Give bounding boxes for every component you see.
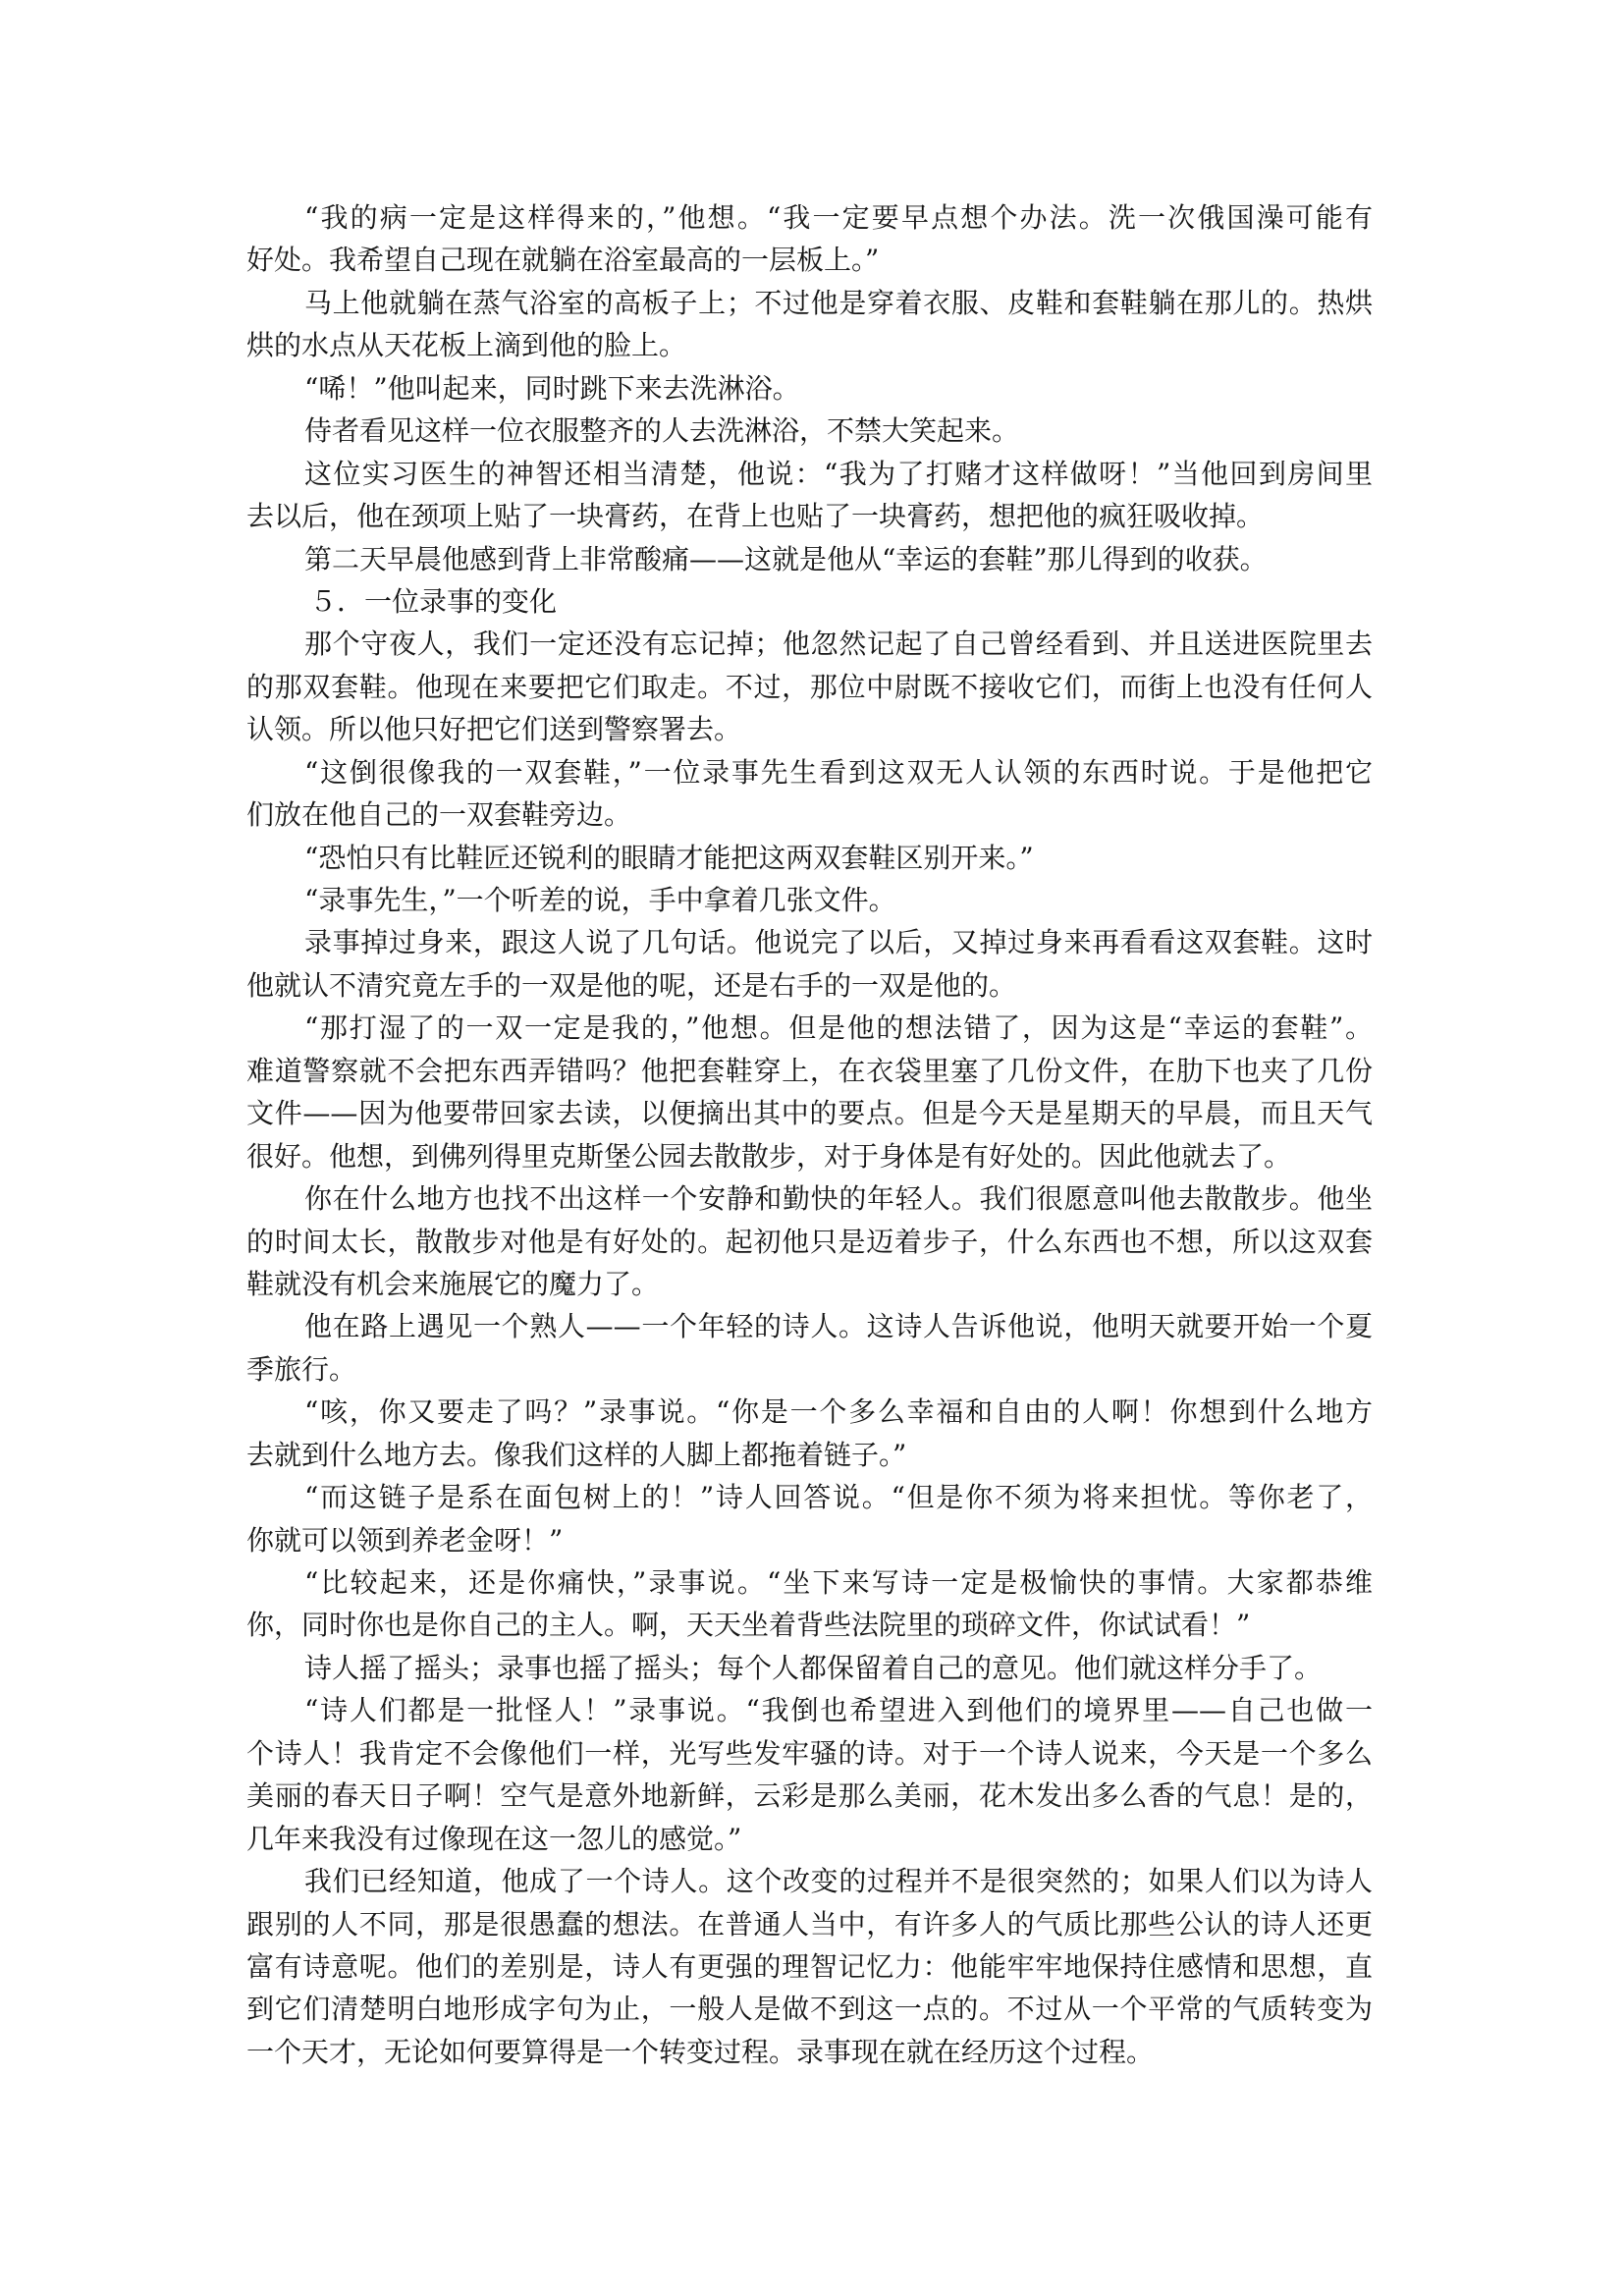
text-line: 第二天早晨他感到背上非常酸痛——这就是他从“幸运的套鞋”那儿得到的收获。	[246, 538, 1373, 580]
text-line: 诗人摇了摇头；录事也摇了摇头；每个人都保留着自己的意见。他们就这样分手了。	[246, 1647, 1373, 1689]
paragraph: “而这链子是系在面包树上的！”诗人回答说。“但是你不须为将来担忧。等你老了， 你…	[246, 1476, 1373, 1561]
section-heading-text: ５．一位录事的变化	[246, 580, 1373, 623]
text-line: “唏！”他叫起来，同时跳下来去洗淋浴。	[246, 367, 1373, 410]
body-text: “我的病一定是这样得来的，”他想。“我一定要早点想个办法。洗一次俄国澡可能有 好…	[246, 196, 1373, 2073]
text-line: 到它们清楚明白地形成字句为止，一般人是做不到这一点的。不过从一个平常的气质转变为	[246, 1988, 1373, 2030]
text-line: 他在路上遇见一个熟人——一个年轻的诗人。这诗人告诉他说，他明天就要开始一个夏	[246, 1305, 1373, 1347]
paragraph: “我的病一定是这样得来的，”他想。“我一定要早点想个办法。洗一次俄国澡可能有 好…	[246, 196, 1373, 282]
text-line: “咳，你又要走了吗？”录事说。“你是一个多么幸福和自由的人啊！你想到什么地方	[246, 1391, 1373, 1433]
text-line: 去就到什么地方去。像我们这样的人脚上都拖着链子。”	[246, 1434, 1373, 1476]
paragraph: “这倒很像我的一双套鞋，”一位录事先生看到这双无人认领的东西时说。于是他把它 们…	[246, 751, 1373, 837]
text-line: 认领。所以他只好把它们送到警察署去。	[246, 708, 1373, 750]
paragraph: 侍者看见这样一位衣服整齐的人去洗淋浴，不禁大笑起来。	[246, 410, 1373, 452]
paragraph: “那打湿了的一双一定是我的，”他想。但是他的想法错了，因为这是“幸运的套鞋”。 …	[246, 1007, 1373, 1177]
text-line: 很好。他想，到佛列得里克斯堡公园去散散步，对于身体是有好处的。因此他就去了。	[246, 1135, 1373, 1177]
paragraph: 那个守夜人，我们一定还没有忘记掉；他忽然记起了自己曾经看到、并且送进医院里去 的…	[246, 623, 1373, 750]
text-line: 烘的水点从天花板上滴到他的脸上。	[246, 324, 1373, 366]
text-line: 跟别的人不同，那是很愚蠢的想法。在普通人当中，有许多人的气质比那些公认的诗人还更	[246, 1903, 1373, 1945]
text-line: 录事掉过身来，跟这人说了几句话。他说完了以后，又掉过身来再看看这双套鞋。这时	[246, 921, 1373, 963]
text-line: “而这链子是系在面包树上的！”诗人回答说。“但是你不须为将来担忧。等你老了，	[246, 1476, 1373, 1518]
text-line: “恐怕只有比鞋匠还锐利的眼睛才能把这两双套鞋区别开来。”	[246, 837, 1373, 879]
text-line: 一个天才，无论如何要算得是一个转变过程。录事现在就在经历这个过程。	[246, 2031, 1373, 2073]
text-line: 他就认不清究竟左手的一双是他的呢，还是右手的一双是他的。	[246, 964, 1373, 1007]
text-line: 你在什么地方也找不出这样一个安静和勤快的年轻人。我们很愿意叫他去散散步。他坐	[246, 1177, 1373, 1220]
text-line: 好处。我希望自己现在就躺在浴室最高的一层板上。”	[246, 239, 1373, 281]
paragraph: 诗人摇了摇头；录事也摇了摇头；每个人都保留着自己的意见。他们就这样分手了。	[246, 1647, 1373, 1689]
text-line: 马上他就躺在蒸气浴室的高板子上；不过他是穿着衣服、皮鞋和套鞋躺在那儿的。热烘	[246, 282, 1373, 324]
paragraph: “唏！”他叫起来，同时跳下来去洗淋浴。	[246, 367, 1373, 410]
paragraph: “比较起来，还是你痛快，”录事说。“坐下来写诗一定是极愉快的事情。大家都恭维 你…	[246, 1561, 1373, 1647]
text-line: 的那双套鞋。他现在来要把它们取走。不过，那位中尉既不接收它们，而街上也没有任何人	[246, 666, 1373, 708]
paragraph: “恐怕只有比鞋匠还锐利的眼睛才能把这两双套鞋区别开来。”	[246, 837, 1373, 879]
text-line: “我的病一定是这样得来的，”他想。“我一定要早点想个办法。洗一次俄国澡可能有	[246, 196, 1373, 239]
paragraph: 你在什么地方也找不出这样一个安静和勤快的年轻人。我们很愿意叫他去散散步。他坐 的…	[246, 1177, 1373, 1305]
text-line: 你，同时你也是你自己的主人。啊，天天坐着背些法院里的琐碎文件，你试试看！”	[246, 1604, 1373, 1646]
document-page: “我的病一定是这样得来的，”他想。“我一定要早点想个办法。洗一次俄国澡可能有 好…	[0, 0, 1623, 2296]
text-line: 季旅行。	[246, 1348, 1373, 1391]
paragraph: “诗人们都是一批怪人！”录事说。“我倒也希望进入到他们的境界里——自己也做一 个…	[246, 1689, 1373, 1860]
text-line: 难道警察就不会把东西弄错吗？他把套鞋穿上，在衣袋里塞了几份文件，在肋下也夹了几份	[246, 1050, 1373, 1092]
text-line: “这倒很像我的一双套鞋，”一位录事先生看到这双无人认领的东西时说。于是他把它	[246, 751, 1373, 793]
text-line: 们放在他自己的一双套鞋旁边。	[246, 793, 1373, 836]
text-line: 几年来我没有过像现在这一忽儿的感觉。”	[246, 1818, 1373, 1860]
paragraph: 马上他就躺在蒸气浴室的高板子上；不过他是穿着衣服、皮鞋和套鞋躺在那儿的。热烘 烘…	[246, 282, 1373, 367]
paragraph: 他在路上遇见一个熟人——一个年轻的诗人。这诗人告诉他说，他明天就要开始一个夏 季…	[246, 1305, 1373, 1391]
text-line: 那个守夜人，我们一定还没有忘记掉；他忽然记起了自己曾经看到、并且送进医院里去	[246, 623, 1373, 665]
text-line: 美丽的春天日子啊！空气是意外地新鲜，云彩是那么美丽，花木发出多么香的气息！是的，	[246, 1775, 1373, 1817]
text-line: 我们已经知道，他成了一个诗人。这个改变的过程并不是很突然的；如果人们以为诗人	[246, 1860, 1373, 1902]
text-line: “录事先生，”一个听差的说，手中拿着几张文件。	[246, 879, 1373, 921]
paragraph: “咳，你又要走了吗？”录事说。“你是一个多么幸福和自由的人啊！你想到什么地方 去…	[246, 1391, 1373, 1476]
text-line: 侍者看见这样一位衣服整齐的人去洗淋浴，不禁大笑起来。	[246, 410, 1373, 452]
text-line: 个诗人！我肯定不会像他们一样，光写些发牢骚的诗。对于一个诗人说来，今天是一个多么	[246, 1732, 1373, 1775]
text-line: 文件——因为他要带回家去读，以便摘出其中的要点。但是今天是星期天的早晨，而且天气	[246, 1092, 1373, 1134]
paragraph: 我们已经知道，他成了一个诗人。这个改变的过程并不是很突然的；如果人们以为诗人 跟…	[246, 1860, 1373, 2073]
text-line: “比较起来，还是你痛快，”录事说。“坐下来写诗一定是极愉快的事情。大家都恭维	[246, 1561, 1373, 1604]
text-line: 鞋就没有机会来施展它的魔力了。	[246, 1263, 1373, 1305]
text-line: 的时间太长，散散步对他是有好处的。起初他只是迈着步子，什么东西也不想，所以这双套	[246, 1221, 1373, 1263]
text-line: “那打湿了的一双一定是我的，”他想。但是他的想法错了，因为这是“幸运的套鞋”。	[246, 1007, 1373, 1049]
paragraph: 这位实习医生的神智还相当清楚，他说：“我为了打赌才这样做呀！”当他回到房间里 去…	[246, 453, 1373, 538]
text-line: 这位实习医生的神智还相当清楚，他说：“我为了打赌才这样做呀！”当他回到房间里	[246, 453, 1373, 495]
text-line: 富有诗意呢。他们的差别是，诗人有更强的理智记忆力：他能牢牢地保持住感情和思想，直	[246, 1945, 1373, 1988]
paragraph: 第二天早晨他感到背上非常酸痛——这就是他从“幸运的套鞋”那儿得到的收获。	[246, 538, 1373, 580]
text-line: “诗人们都是一批怪人！”录事说。“我倒也希望进入到他们的境界里——自己也做一	[246, 1689, 1373, 1731]
paragraph: “录事先生，”一个听差的说，手中拿着几张文件。	[246, 879, 1373, 921]
section-heading: ５．一位录事的变化	[246, 580, 1373, 623]
text-line: 去以后，他在颈项上贴了一块膏药，在背上也贴了一块膏药，想把他的疯狂吸收掉。	[246, 495, 1373, 537]
text-line: 你就可以领到养老金呀！”	[246, 1519, 1373, 1561]
paragraph: 录事掉过身来，跟这人说了几句话。他说完了以后，又掉过身来再看看这双套鞋。这时 他…	[246, 921, 1373, 1007]
